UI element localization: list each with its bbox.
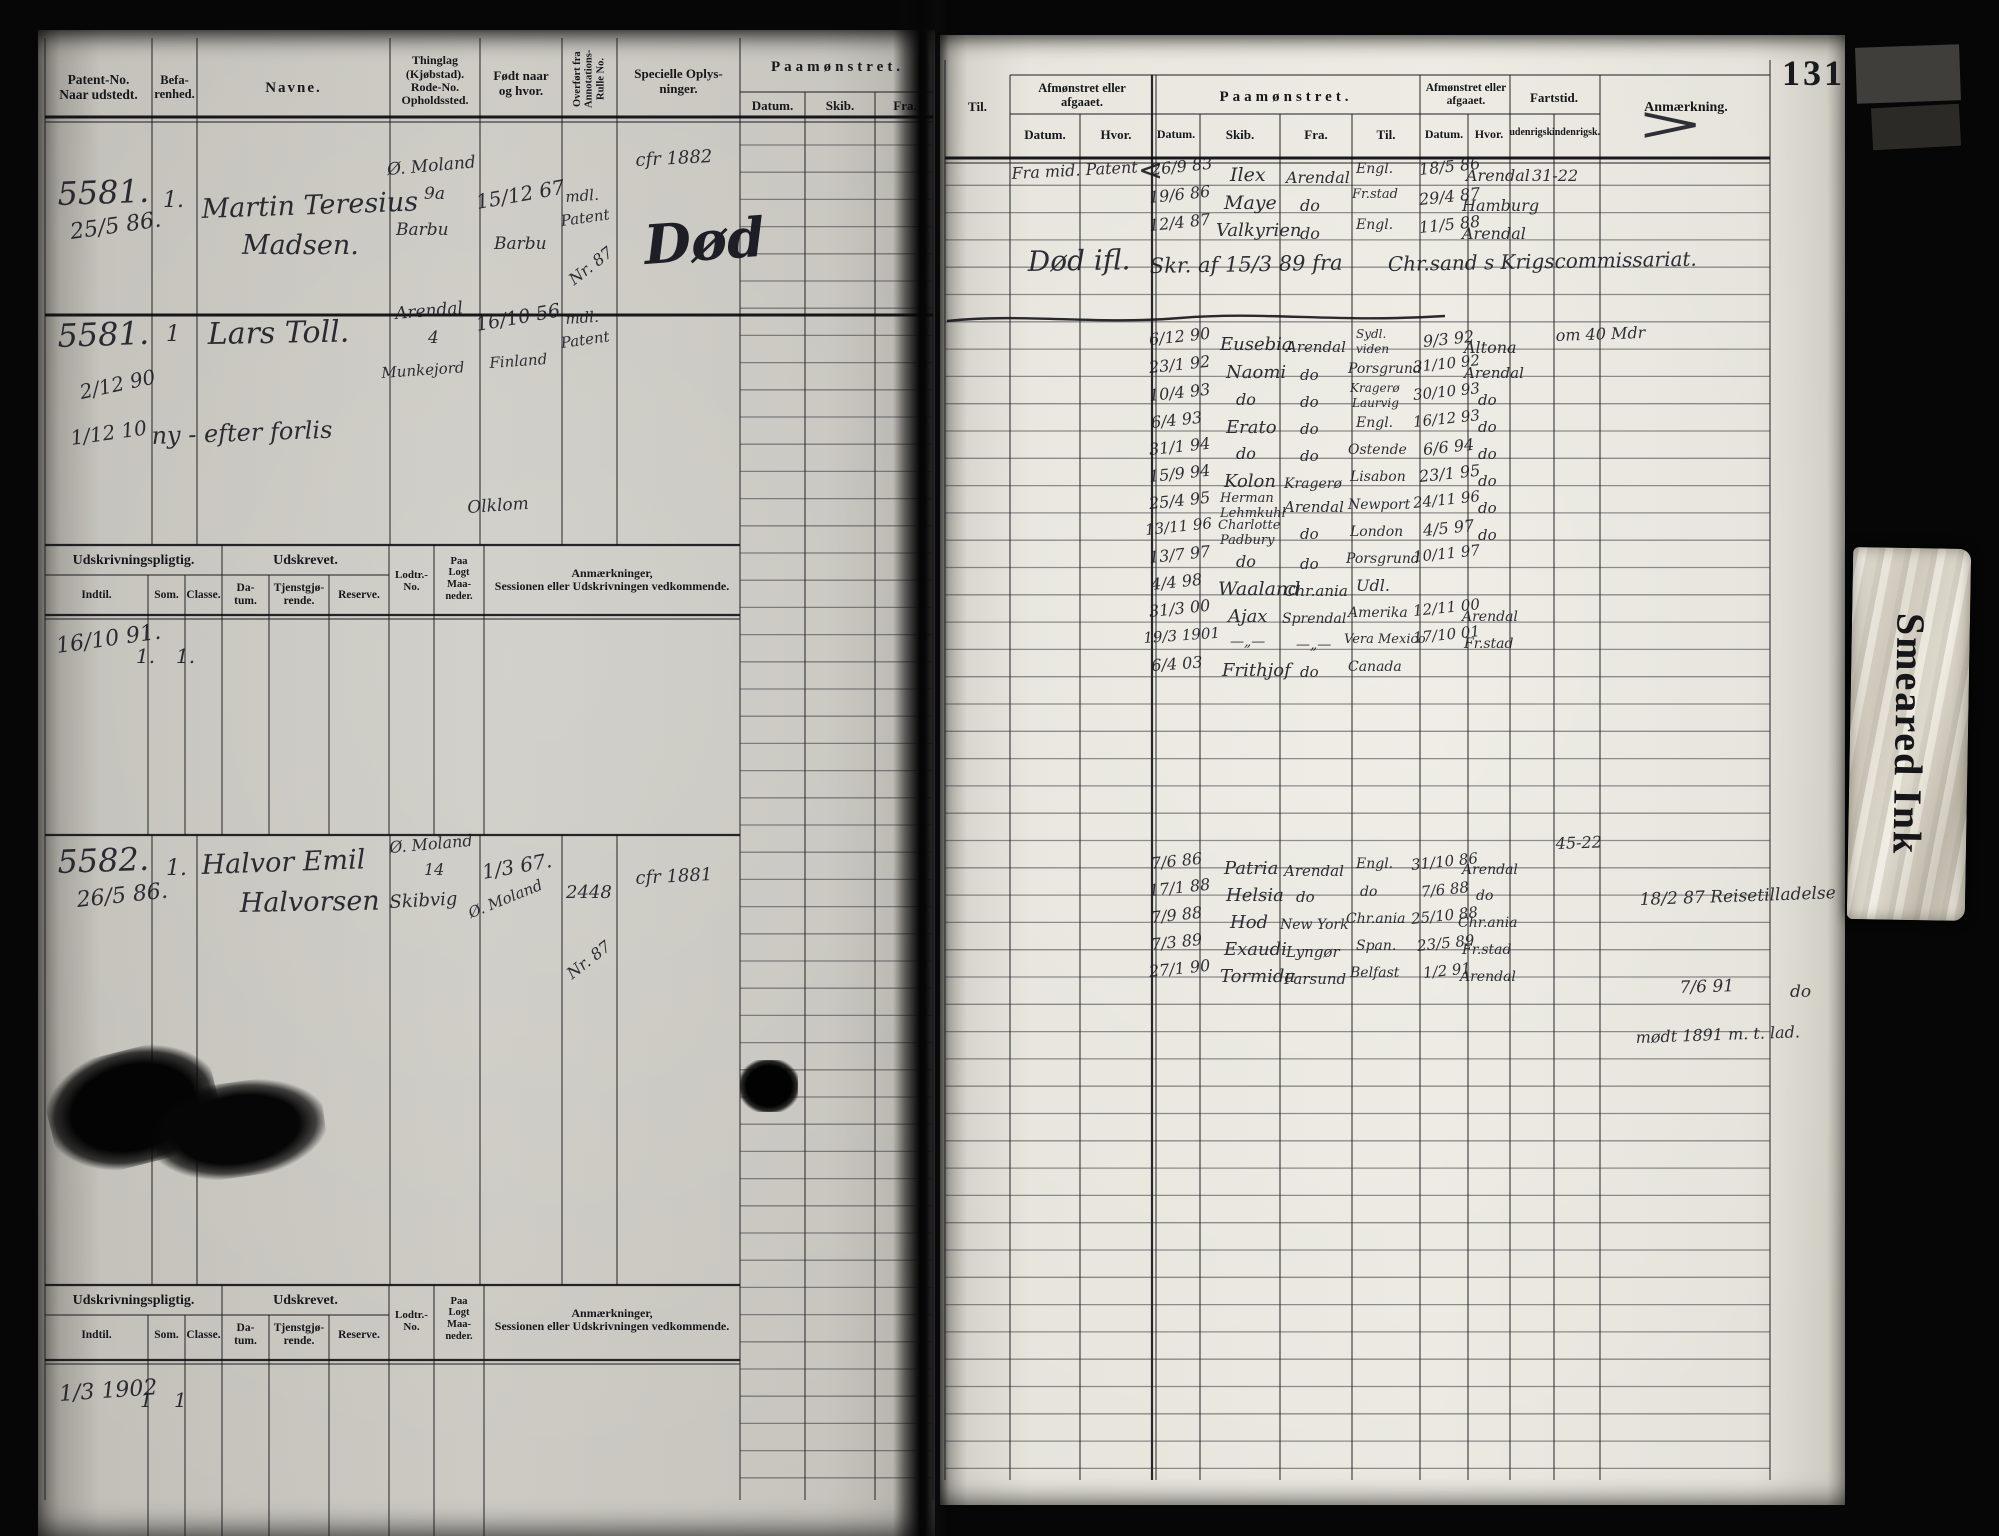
handwritten-entry: 1. [166, 858, 187, 880]
handwritten-entry: 2/12 90 [78, 366, 157, 402]
handwritten-entry: 25/5 86. [69, 209, 163, 244]
handwritten-entry: London [1350, 525, 1403, 539]
handwritten-entry: 4/4 98 [1150, 572, 1203, 593]
handwritten-entry: do [1476, 889, 1493, 903]
ink-blot [740, 1060, 798, 1112]
handwritten-entry: Amerika [1348, 606, 1408, 620]
handwritten-entry: do [1300, 527, 1319, 542]
ledger-scan: Patent-No. Naar udstedt. Befa- renhed. N… [0, 0, 1999, 1536]
handwritten-entry: Arendal [1462, 226, 1526, 242]
handwritten-entry: do [1300, 226, 1320, 242]
handwritten-entry: Død ifl. [1028, 246, 1131, 276]
handwritten-entry: Span. [1356, 939, 1396, 953]
handwritten-entry: Sprendal [1282, 612, 1346, 626]
handwritten-entry: Chr.ania [1284, 584, 1348, 599]
handwritten-entry: Skibvig [389, 890, 458, 912]
handwritten-entry: 1/3 67. [481, 850, 554, 882]
handwritten-entry: 18/2 87 Reisetilladelse [1639, 885, 1836, 909]
handwritten-entry: Helsia [1226, 887, 1284, 905]
handwritten-entry: 13/11 96 [1144, 516, 1212, 538]
handwritten-entry: Barbu [494, 236, 547, 253]
handwritten-entry: do [1300, 557, 1319, 572]
handwritten-entry: do [1300, 665, 1319, 680]
handwritten-entry: Patent [560, 329, 611, 351]
handwritten-entry: do [1790, 984, 1811, 1001]
handwritten-entry: do [1300, 422, 1319, 437]
handwritten-entry: Lars Toll. [207, 318, 349, 350]
handwritten-entry: 7/6 88 [1420, 880, 1469, 900]
handwritten-entry: 1. [136, 646, 155, 666]
handwritten-entry: Canada [1348, 660, 1402, 674]
handwritten-entry: om 40 Mdr [1555, 325, 1645, 344]
handwritten-entry: 19/3 1901 [1143, 626, 1221, 646]
handwritten-entry: do [1236, 392, 1256, 408]
handwritten-entry: Chr.sand s Krigscommissariat. [1388, 249, 1697, 274]
handwritten-entry: Nr. 87 [564, 938, 614, 982]
handwritten-entry: > [1636, 100, 1704, 148]
handwritten-entry: 9a [424, 186, 445, 203]
handwritten-entry: Porsgrund [1348, 362, 1422, 376]
handwritten-entry: cfr 1882 [635, 148, 713, 170]
handwritten-entry: 30/10 93 [1412, 381, 1480, 403]
handwritten-entry: Martin Teresius [201, 188, 418, 223]
handwritten-entry: 7/9 88 [1150, 905, 1203, 926]
handwritten-entry: 24/11 96 [1412, 489, 1480, 511]
handwritten-entry: do [1296, 890, 1315, 905]
handwritten-entry: 1 [140, 1390, 153, 1410]
handwritten-entry: 1. [163, 190, 184, 212]
handwritten-entry: Arendal [1462, 863, 1518, 877]
handwritten-entry: Arendal [1460, 970, 1516, 984]
handwritten-entry: 6/4 93 [1150, 410, 1203, 431]
handwritten-entry: 7/3 89 [1150, 932, 1203, 953]
handwritten-entry: Belfast [1350, 966, 1399, 980]
handwritten-entry: Halvor Emil [201, 846, 366, 879]
handwritten-entry: 6/4 03 [1151, 654, 1203, 674]
handwritten-entry: do [1300, 198, 1320, 214]
handwritten-entry: 16/10 56 [475, 302, 562, 335]
handwritten-entry: 10/11 97 [1412, 543, 1480, 565]
handwritten-entry: Arendal [395, 300, 464, 323]
handwritten-entry: Fr.stad [1462, 943, 1511, 957]
handwritten-entry: Engl. [1356, 218, 1393, 232]
handwritten-entry: Skr. af 15/3 89 fra [1150, 253, 1343, 277]
handwritten-entry: Munkejord [381, 360, 465, 381]
handwritten-entry: Lisabon [1350, 470, 1406, 484]
handwritten-entry: do [1236, 446, 1256, 462]
handwritten-entry: Eusebia [1220, 336, 1293, 354]
handwritten-entry: 19/6 86 [1148, 184, 1211, 206]
handwritten-entry: Naomi [1226, 364, 1286, 382]
handwritten-entry: Ø. Moland [466, 878, 544, 921]
handwritten-entry: do [1478, 393, 1497, 408]
handwritten-entry: 5581. [57, 175, 150, 210]
handwritten-entry: Udl. [1356, 578, 1390, 594]
handwritten-entry: Nr. 87 [566, 244, 616, 288]
handwritten-entry: Patent [560, 207, 611, 229]
handwritten-entry: 12/4 87 [1148, 212, 1211, 234]
handwritten-entry: 1 [166, 324, 180, 346]
handwritten-entry: mødt 1891 m. t. lad. [1635, 1024, 1800, 1046]
handwritten-entry: Hod [1230, 914, 1268, 932]
handwritten-entry: Laurvig [1352, 397, 1399, 409]
handwritten-entry: Farsund [1284, 972, 1346, 987]
handwritten-entry: 6/6 94 [1422, 437, 1475, 458]
handwritten-entry: do [1360, 885, 1377, 899]
handwritten-entry: 10/4 93 [1148, 382, 1211, 404]
handwritten-entry: do [1478, 528, 1497, 543]
handwritten-entry: Ostende [1348, 443, 1407, 457]
handwritten-entry: Kolon [1224, 473, 1276, 491]
handwritten-entry: —„— [1230, 635, 1265, 649]
handwritten-entry: do [1478, 501, 1497, 516]
handwritten-entry: 15/12 67 [475, 177, 567, 212]
handwritten-entry: 45-22 [1555, 834, 1602, 852]
handwritten-entry: Arendal [1466, 168, 1530, 184]
handwritten-entry: Arendal [1286, 170, 1350, 186]
handwritten-entry: do [1300, 395, 1319, 410]
handwritten-entry: do [1478, 420, 1497, 435]
handwritten-entry: do [1478, 474, 1497, 489]
handwritten-entry: Chr.ania [1346, 912, 1406, 926]
handwritten-entry: Porsgrund [1346, 552, 1420, 566]
handwritten-entry: 13/7 97 [1148, 544, 1211, 566]
handwritten-entry: 5582. [57, 843, 150, 878]
handwritten-entry: Frithjof [1222, 662, 1291, 680]
handwritten-entry: 31/1 94 [1148, 436, 1211, 458]
handwritten-entry: 15/9 94 [1148, 463, 1211, 485]
handwritten-entry: 17/1 88 [1148, 877, 1211, 899]
handwritten-entry: mdl. [565, 188, 599, 205]
handwritten-entry: Ø. Moland [389, 833, 474, 856]
handwritten-entry: Chr.ania [1458, 916, 1518, 930]
handwritten-entry: Arendal [1286, 340, 1346, 355]
smeared-ink-tab: Smeared Ink [1847, 547, 1971, 921]
handwritten-entry: Ø. Moland [387, 154, 477, 179]
handwritten-entry: 23/1 95 [1418, 463, 1481, 485]
handwritten-entry: Kragerø [1284, 477, 1342, 491]
handwritten-strike-line [945, 310, 1450, 328]
handwritten-entry: Sydl. [1356, 328, 1386, 340]
handwritten-entry: Engl. [1356, 416, 1393, 430]
handwritten-entry: 1. [176, 646, 195, 666]
handwritten-entry: Maye [1224, 194, 1277, 213]
handwritten-entry: do [1300, 368, 1319, 383]
handwritten-entry: do [1236, 554, 1256, 570]
handwritten-entry: 26/9 83 [1150, 156, 1213, 178]
handwritten-entry: 23/1 92 [1148, 354, 1211, 376]
handwritten-entry: Fr.stad [1464, 637, 1513, 651]
handwritten-entry: —„— [1296, 638, 1331, 652]
handwritten-entry: 14 [424, 862, 444, 878]
handwritten-entry: 1 [174, 1390, 187, 1410]
handwritten-entry: Patria [1224, 860, 1278, 878]
handwritten-entry: New York [1280, 918, 1349, 932]
handwritten-entry: 25/4 95 [1148, 490, 1211, 512]
handwritten-entry: Barbu [396, 222, 449, 239]
handwritten-entry: do [1478, 447, 1497, 462]
handwritten-entry: Engl. [1356, 857, 1393, 871]
handwritten-entry: 2448 [566, 884, 612, 902]
handwritten-entry: Ajax [1228, 608, 1267, 626]
book-gutter-shadow [893, 0, 949, 1536]
handwritten-entry: 27/1 90 [1148, 958, 1211, 980]
handwritten-entry: 1/12 10 [69, 418, 148, 448]
handwritten-entry: Fr.stad [1352, 188, 1398, 201]
handwritten-entry: 7/6 91 [1679, 978, 1734, 997]
handwritten-entry: Charlotte [1218, 519, 1280, 532]
handwritten-entry: Olklom [467, 496, 530, 517]
handwritten-entry: 26/5 86. [76, 881, 169, 912]
handwritten-entry: Lyngør [1286, 945, 1340, 960]
handwritten-entry: Ilex [1230, 166, 1266, 185]
handwritten-entry: 4/5 97 [1422, 518, 1475, 539]
handwritten-entry: 16/12 93 [1412, 408, 1480, 430]
handwritten-entry: 31/3 00 [1148, 598, 1211, 620]
handwritten-entry: 4 [428, 330, 439, 347]
handwritten-entry: Erato [1226, 419, 1277, 437]
handwritten-entry: Valkyrien [1216, 222, 1302, 240]
smeared-ink-tab-label: Smeared Ink [1883, 612, 1934, 855]
handwritten-entry: 7/6 86 [1150, 851, 1203, 872]
handwritten-entry: cfr 1881 [635, 866, 713, 888]
handwritten-entry: Finland [489, 352, 548, 371]
handwritten-entry: Newport [1348, 498, 1410, 512]
handwritten-entry: Engl. [1356, 162, 1393, 176]
handwritten-entry: mdl. [565, 310, 599, 327]
handwritten-entry: Padbury [1220, 534, 1275, 547]
handwritten-entry: ny - efter forlis [151, 418, 333, 448]
handwritten-entry: Arendal [1284, 500, 1344, 515]
handwritten-entry: 6/12 90 [1148, 326, 1211, 348]
handwriting-layer: 5581.25/5 86.1.Martin TeresiusMadsen.Ø. … [0, 0, 1999, 1536]
handwritten-entry: 5581. [57, 317, 150, 352]
handwritten-entry: Madsen. [242, 232, 359, 259]
handwritten-entry: Fra mid. Patent [1011, 159, 1138, 182]
handwritten-entry: Herman [1220, 492, 1274, 505]
handwritten-entry: Halvorsen [240, 888, 380, 917]
handwritten-entry: Død [642, 210, 766, 272]
handwritten-entry: 31-22 [1532, 168, 1578, 184]
handwritten-entry: viden [1356, 343, 1389, 355]
handwritten-entry: Kragerø [1350, 382, 1400, 394]
handwritten-entry: do [1300, 449, 1319, 464]
handwritten-entry: Exaudi [1224, 941, 1287, 959]
handwritten-entry: Arendal [1284, 864, 1344, 879]
